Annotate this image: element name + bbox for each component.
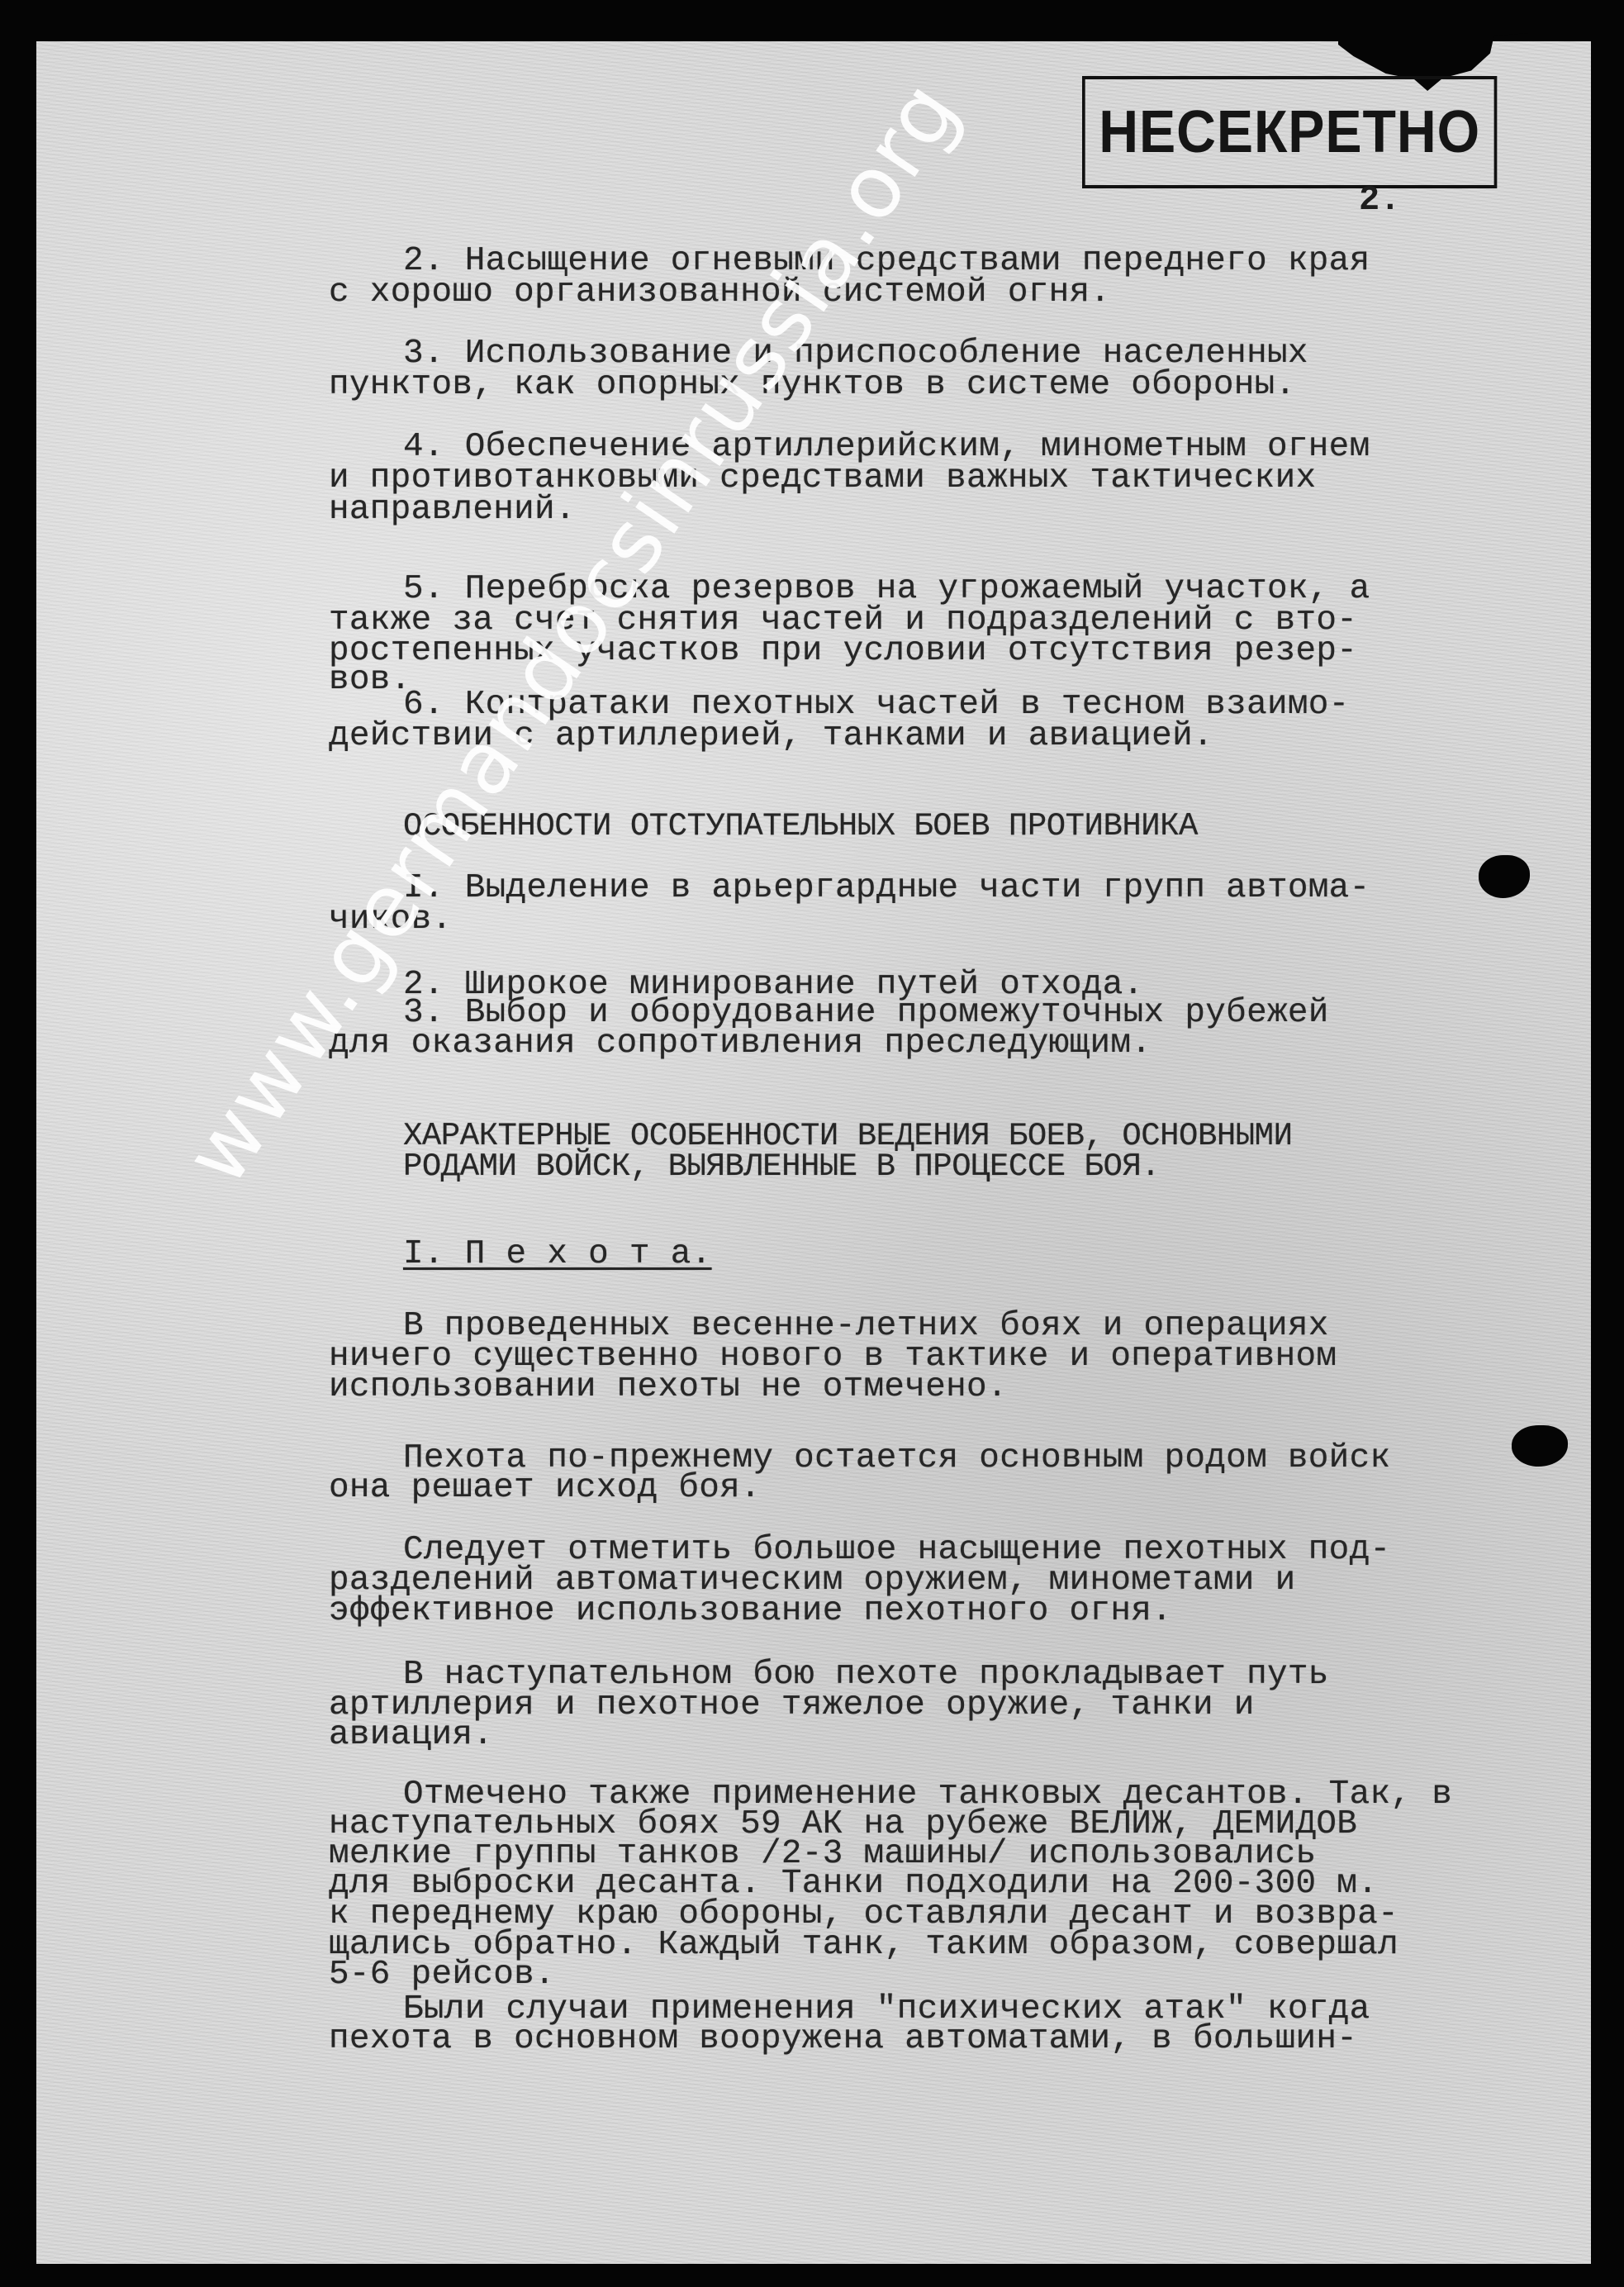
- text-line: авиация.: [329, 1719, 493, 1752]
- text-line: 5-6 рейсов.: [329, 1958, 555, 1991]
- section-heading: РОДАМИ ВОЙСК, ВЫЯВЛЕННЫЕ В ПРОЦЕССЕ БОЯ.: [403, 1150, 1160, 1183]
- section-heading: ХАРАКТЕРНЫЕ ОСОБЕННОСТИ ВЕДЕНИЯ БОЕВ, ОС…: [403, 1120, 1292, 1153]
- text-line: вов.: [329, 663, 411, 697]
- text-line: 6. Контратаки пехотных частей в тесном в…: [403, 688, 1350, 721]
- unclassified-stamp: НЕСЕКРЕТНО: [1082, 76, 1497, 188]
- text-line: действии с артиллерией, танками и авиаци…: [329, 720, 1213, 753]
- text-line: пехота в основном вооружена автоматами, …: [329, 2023, 1357, 2056]
- text-line: для оказания сопротивления преследующим.: [329, 1027, 1152, 1060]
- text-line: 4. Обеспечение артиллерийским, минометны…: [403, 430, 1370, 464]
- section-heading: ОСОБЕННОСТИ ОТСТУПАТЕЛЬНЫХ БОЕВ ПРОТИВНИ…: [403, 810, 1198, 843]
- text-line: I. Выделение в арьергардные части групп …: [403, 872, 1370, 905]
- text-line: чиков.: [329, 903, 452, 936]
- text-line: 2. Насыщение огневыми средствами передне…: [403, 245, 1370, 278]
- text-line: эффективное использование пехотного огня…: [329, 1595, 1172, 1628]
- text-line: 5. Переброска резервов на угрожаемый уча…: [403, 573, 1370, 606]
- text-line: с хорошо организованной системой огня.: [329, 276, 1110, 309]
- text-line: ростепенных участков при условии отсутст…: [329, 635, 1357, 668]
- text-line: использовании пехоты не отмечено.: [329, 1371, 1008, 1404]
- text-line: она решает исход боя.: [329, 1472, 761, 1505]
- text-line: 3. Использование и приспособление населе…: [403, 337, 1308, 370]
- text-line: направлений.: [329, 493, 576, 526]
- stamp-label: НЕСЕКРЕТНО: [1099, 98, 1480, 166]
- text-line: и противотанковыми средствами важных так…: [329, 462, 1316, 495]
- page-number: 2.: [1359, 180, 1400, 220]
- subsection-heading: I. П е х о т а.: [403, 1238, 712, 1271]
- text-line: пунктов, как опорных пунктов в системе о…: [329, 368, 1296, 402]
